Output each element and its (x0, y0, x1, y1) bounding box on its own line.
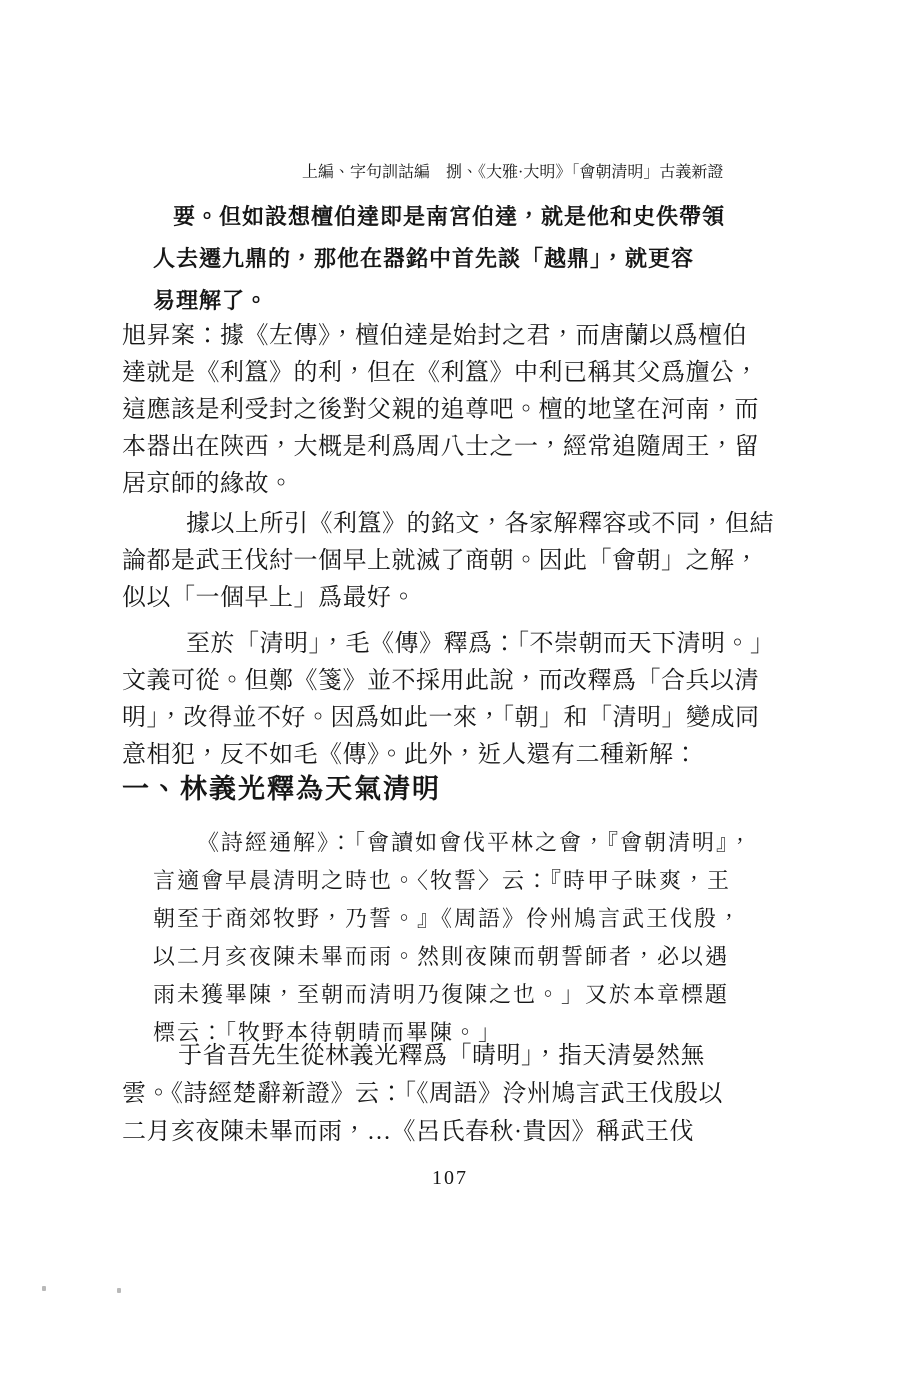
text-line: 言適會早晨清明之時也。〈牧誓〉云：『時甲子昧爽，王 (153, 862, 775, 900)
text-line: 這應該是利受封之後對父親的追尊吧。檀的地望在河南，而 (122, 392, 782, 429)
block-quote-summary: 要。但如設想檀伯達即是南宮伯達，就是他和史佚帶領 人去遷九鼎的，那他在器銘中首先… (153, 196, 739, 322)
scanned-book-page: { "page": { "paper_color": "#ffffff", "i… (0, 0, 900, 1374)
paragraph-xusheng-note: 旭昇案：據《左傳》，檀伯達是始封之君，而唐蘭以爲檀伯 達就是《利簋》的利，但在《… (122, 318, 782, 503)
text-line: 論都是武王伐紂一個早上就滅了商朝。因此「會朝」之解， (122, 543, 782, 580)
text-line: 人去遷九鼎的，那他在器銘中首先談「越鼎」，就更容 (153, 238, 739, 280)
text-line: 二月亥夜陳未畢而雨，…《呂氏春秋·貴因》稱武王伐 (122, 1113, 782, 1151)
text-line: 朝至于商郊牧野，乃誓。』《周語》伶州鳩言武王伐殷， (153, 900, 775, 938)
scan-speck (42, 1286, 46, 1291)
text-line: 本器出在陝西，大概是利爲周八士之一，經常追隨周王，留 (122, 429, 782, 466)
text-line: 于省吾先生從林義光釋爲「晴明」，指天清晏然無 (122, 1037, 782, 1075)
paragraph-yushengwu: 于省吾先生從林義光釋爲「晴明」，指天清晏然無 雲。《詩經楚辭新證》云：「《周語》… (122, 1037, 782, 1151)
paragraph-ligui-conclusion: 據以上所引《利簋》的銘文，各家解釋容或不同，但結 論都是武王伐紂一個早上就滅了商… (122, 506, 782, 617)
section-heading: 一、林義光釋為天氣清明 (122, 772, 722, 806)
text-line: 達就是《利簋》的利，但在《利簋》中利已稱其父爲旜公， (122, 355, 782, 392)
page-number: 107 (0, 1164, 900, 1192)
text-line: 意相犯，反不如毛《傳》。此外，近人還有二種新解： (122, 737, 782, 774)
scan-speck (117, 1288, 121, 1293)
text-line: 文義可從。但鄭《箋》並不採用此說，而改釋爲「合兵以清 (122, 663, 782, 700)
text-line: 《詩經通解》：「會讀如會伐平林之會，『會朝清明』， (153, 824, 775, 862)
block-quote-shijing-tongjie: 《詩經通解》：「會讀如會伐平林之會，『會朝清明』， 言適會早晨清明之時也。〈牧誓… (153, 824, 775, 1052)
paragraph-qingming-discussion: 至於「清明」，毛《傳》釋爲：「不崇朝而天下清明。」 文義可從。但鄭《箋》並不採用… (122, 626, 782, 774)
text-line: 居京師的緣故。 (122, 466, 782, 503)
text-line: 要。但如設想檀伯達即是南宮伯達，就是他和史佚帶領 (153, 196, 739, 238)
text-line: 據以上所引《利簋》的銘文，各家解釋容或不同，但結 (122, 506, 782, 543)
text-line: 明」，改得並不好。因爲如此一來，「朝」和「清明」變成同 (122, 700, 782, 737)
running-header: 上編、字句訓詁編 捌、《大雅·大明》「會朝清明」古義新證 (302, 161, 728, 185)
text-line: 雲。《詩經楚辭新證》云：「《周語》泠州鳩言武王伐殷以 (122, 1075, 782, 1113)
text-line: 易理解了。 (153, 280, 739, 322)
text-line: 至於「清明」，毛《傳》釋爲：「不崇朝而天下清明。」 (122, 626, 782, 663)
text-line: 旭昇案：據《左傳》，檀伯達是始封之君，而唐蘭以爲檀伯 (122, 318, 782, 355)
text-line: 以二月亥夜陳未畢而雨。然則夜陳而朝誓師者，必以遇 (153, 938, 775, 976)
text-line: 雨未獲畢陳，至朝而清明乃復陳之也。」又於本章標題 (153, 976, 775, 1014)
text-line: 似以「一個早上」爲最好。 (122, 580, 782, 617)
